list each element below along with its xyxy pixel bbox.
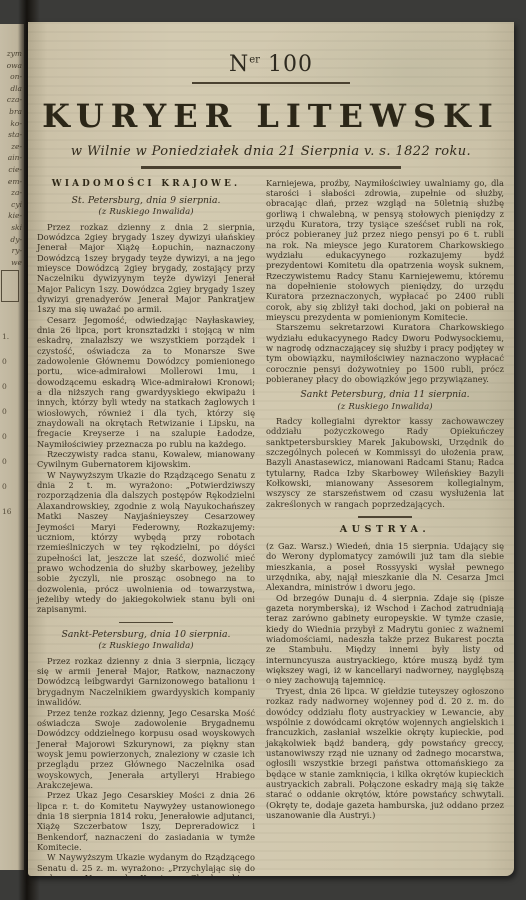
section-divider bbox=[119, 622, 173, 624]
issue-value: 100 bbox=[268, 52, 313, 77]
edge-digit: 0 bbox=[2, 374, 16, 399]
section-kicker: WIADOMOŚCI KRAJOWE. bbox=[37, 179, 255, 189]
article-paragraph: Przez tenże rozkaz dzienny, Jego Cesarsk… bbox=[37, 708, 255, 791]
edge-digit: 0 bbox=[2, 449, 16, 474]
article-paragraph: Starszemu sekretarzowi Kuratora Charkows… bbox=[266, 322, 504, 384]
right-column: Karniejewa, proźby, Naymiłościwiey uwaln… bbox=[266, 178, 504, 877]
scan-background: { "header": { "issue_prefix": "N", "issu… bbox=[0, 0, 526, 900]
newspaper-page: Ner 100 KURYER LITEWSKI w Wilnie w Ponie… bbox=[28, 22, 514, 876]
masthead-title: KURYER LITEWSKI bbox=[28, 97, 514, 135]
edge-digit-fragments: 1.00000016 bbox=[2, 324, 16, 524]
article-paragraph: Od brzegów Dunaju d. 4 sierpnia. Zdaje s… bbox=[266, 593, 504, 686]
masthead-rule-top bbox=[192, 82, 350, 84]
article-paragraph: Przez rozkaz dzienny z dnia 2 sierpnia, … bbox=[37, 222, 255, 315]
edge-digit: 0 bbox=[2, 349, 16, 374]
article-paragraph: (z Gaz. Warsz.) Wiedeń, dnia 15 sierpnia… bbox=[266, 541, 504, 593]
article-source: (z Ruskiego Inwalida) bbox=[37, 641, 255, 651]
article-paragraph: Cesarz Jegomość, odwiedzając Nayłaskawie… bbox=[37, 315, 255, 449]
left-column: WIADOMOŚCI KRAJOWE.St. Petersburg, dnia … bbox=[37, 178, 255, 877]
article-paragraph: Przez Ukaz Jego Cesarskiey Mości z dnia … bbox=[37, 790, 255, 852]
article-paragraph: Przez rozkaz dzienny z dnia 3 sierpnia, … bbox=[37, 656, 255, 708]
article-dateline: Sankt-Petersburg, dnia 10 sierpnia. bbox=[37, 630, 255, 640]
article-paragraph: Radcy kollegialni dyrektor kassy zachowa… bbox=[266, 416, 504, 509]
issue-prefix: N bbox=[229, 52, 249, 77]
edge-digit: 16 bbox=[2, 499, 16, 524]
article-paragraph: W Naywyższym Ukazie wydanym do Rządząceg… bbox=[37, 852, 255, 876]
edge-digit: 1. bbox=[2, 324, 16, 349]
section-divider bbox=[358, 516, 412, 518]
masthead-dateline: w Wilnie w Poniedziałek dnia 21 Sierpnia… bbox=[28, 144, 514, 159]
edge-digit: 0 bbox=[2, 474, 16, 499]
page-surface: Ner 100 KURYER LITEWSKI w Wilnie w Ponie… bbox=[28, 22, 514, 876]
article-source: (z Ruskiego Inwalida) bbox=[37, 207, 255, 217]
section-heading: AUSTRYA. bbox=[266, 525, 504, 535]
edge-digit: 0 bbox=[2, 424, 16, 449]
article-dateline: St. Petersburg, dnia 9 sierpnia. bbox=[37, 196, 255, 206]
article-columns: WIADOMOŚCI KRAJOWE.St. Petersburg, dnia … bbox=[28, 169, 514, 877]
article-paragraph: Karniejewa, proźby, Naymiłościwiey uwaln… bbox=[266, 178, 504, 323]
edge-table-fragment bbox=[1, 270, 19, 302]
issue-number: Ner 100 bbox=[28, 52, 514, 77]
article-paragraph: Tryest, dnia 26 lipca. W giełdzie tuteys… bbox=[266, 686, 504, 820]
article-source: (z Ruskiego Inwalida) bbox=[266, 402, 504, 412]
edge-digit: 0 bbox=[2, 399, 16, 424]
article-paragraph: W Naywyższym Ukazie do Rządzącego Senatu… bbox=[37, 470, 255, 615]
article-dateline: Sankt Petersburg, dnia 11 sierpnia. bbox=[266, 390, 504, 400]
issue-superscript: er bbox=[249, 55, 260, 66]
article-paragraph: Rzeczywisty radca stanu, Kowalew, mianow… bbox=[37, 449, 255, 470]
